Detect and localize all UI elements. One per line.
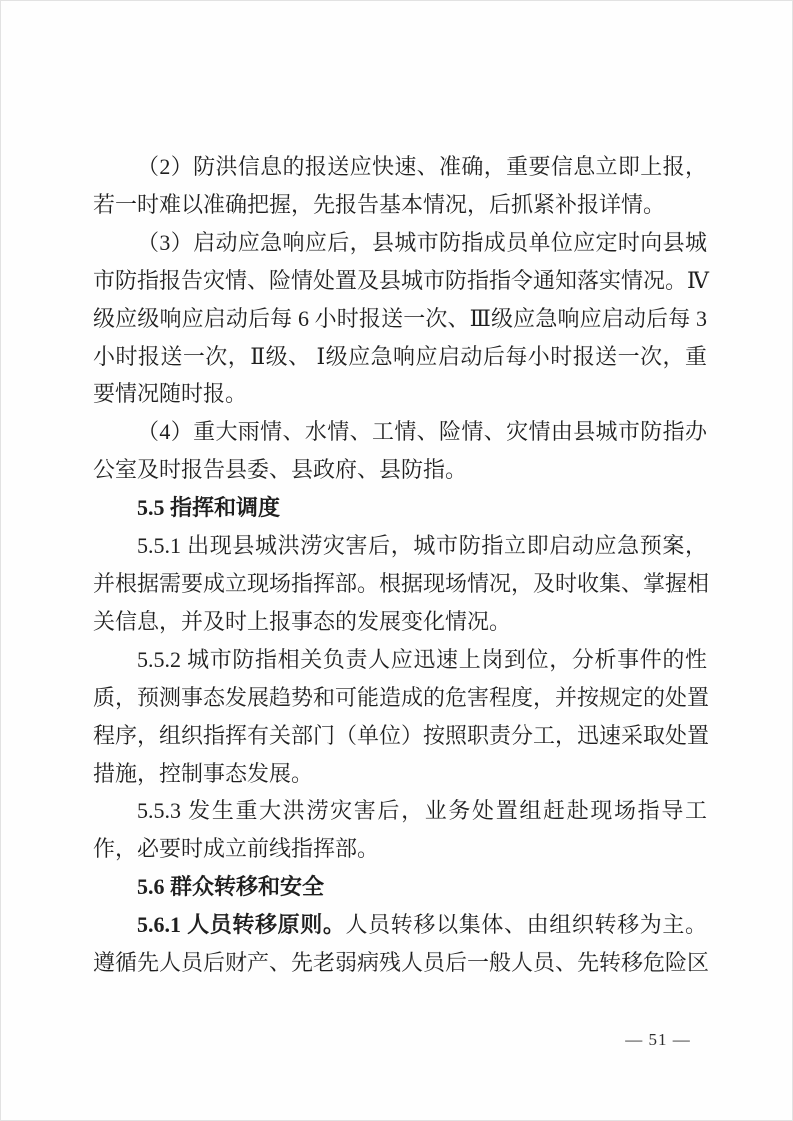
- text-line: 5.6.1 人员转移原则。人员转移以集体、由组织转移为主。: [93, 906, 707, 944]
- text-line: 质，预测事态发展趋势和可能造成的危害程度，并按规定的处置: [93, 679, 707, 717]
- heading-5-5: 5.5 指挥和调度: [93, 489, 707, 527]
- text-line: 遵循先人员后财产、先老弱病残人员后一般人员、先转移危险区: [93, 944, 707, 982]
- text-line: 5.5.2 城市防指相关负责人应迅速上岗到位，分析事件的性: [93, 641, 707, 679]
- paragraph-5-5-3: 5.5.3 发生重大洪涝灾害后，业务处置组赶赴现场指导工 作，必要时成立前线指挥…: [93, 792, 707, 868]
- heading-5-6: 5.6 群众转移和安全: [93, 868, 707, 906]
- text-line: 级应级响应启动后每 6 小时报送一次、Ⅲ级应急响应启动后每 3: [93, 300, 707, 338]
- paragraph-item-3: （3）启动应急响应后，县城市防指成员单位应定时向县城 市防指报告灾情、险情处置及…: [93, 224, 707, 414]
- paragraph-item-4: （4）重大雨情、水情、工情、险情、灾情由县城市防指办 公室及时报告县委、县政府、…: [93, 413, 707, 489]
- text-line: 关信息，并及时上报事态的发展变化情况。: [93, 603, 707, 641]
- text-run: 人员转移以集体、由组织转移为主。: [346, 912, 707, 937]
- text-line: 小时报送一次，Ⅱ级、 Ⅰ级应急响应启动后每小时报送一次，重: [93, 338, 707, 376]
- text-line: 5.5.3 发生重大洪涝灾害后，业务处置组赶赴现场指导工: [93, 792, 707, 830]
- paragraph-5-6-1: 5.6.1 人员转移原则。人员转移以集体、由组织转移为主。 遵循先人员后财产、先…: [93, 906, 707, 982]
- text-line: 公室及时报告县委、县政府、县防指。: [93, 451, 707, 489]
- text-line: 措施，控制事态发展。: [93, 755, 707, 793]
- text-line: 市防指报告灾情、险情处置及县城市防指指令通知落实情况。Ⅳ: [93, 262, 707, 300]
- text-line: 程序，组织指挥有关部门（单位）按照职责分工，迅速采取处置: [93, 717, 707, 755]
- text-line: 并根据需要成立现场指挥部。根据现场情况，及时收集、掌握相: [93, 565, 707, 603]
- text-line: 若一时难以准确把握，先报告基本情况，后抓紧补报详情。: [93, 186, 707, 224]
- text-line: （4）重大雨情、水情、工情、险情、灾情由县城市防指办: [93, 413, 707, 451]
- text-line: 要情况随时报。: [93, 375, 707, 413]
- text-line: 5.5.1 出现县城洪涝灾害后，城市防指立即启动应急预案，: [93, 527, 707, 565]
- text-column: （2）防洪信息的报送应快速、准确，重要信息立即上报， 若一时难以准确把握，先报告…: [93, 148, 707, 982]
- paragraph-5-5-1: 5.5.1 出现县城洪涝灾害后，城市防指立即启动应急预案， 并根据需要成立现场指…: [93, 527, 707, 641]
- scanned-document-page: （2）防洪信息的报送应快速、准确，重要信息立即上报， 若一时难以准确把握，先报告…: [0, 0, 793, 1121]
- text-line: （2）防洪信息的报送应快速、准确，重要信息立即上报，: [93, 148, 707, 186]
- text-line: 作，必要时成立前线指挥部。: [93, 830, 707, 868]
- bold-run: 5.6.1 人员转移原则。: [137, 912, 346, 937]
- paragraph-5-5-2: 5.5.2 城市防指相关负责人应迅速上岗到位，分析事件的性 质，预测事态发展趋势…: [93, 641, 707, 793]
- page-number: — 51 —: [613, 1030, 703, 1050]
- paragraph-item-2: （2）防洪信息的报送应快速、准确，重要信息立即上报， 若一时难以准确把握，先报告…: [93, 148, 707, 224]
- text-line: （3）启动应急响应后，县城市防指成员单位应定时向县城: [93, 224, 707, 262]
